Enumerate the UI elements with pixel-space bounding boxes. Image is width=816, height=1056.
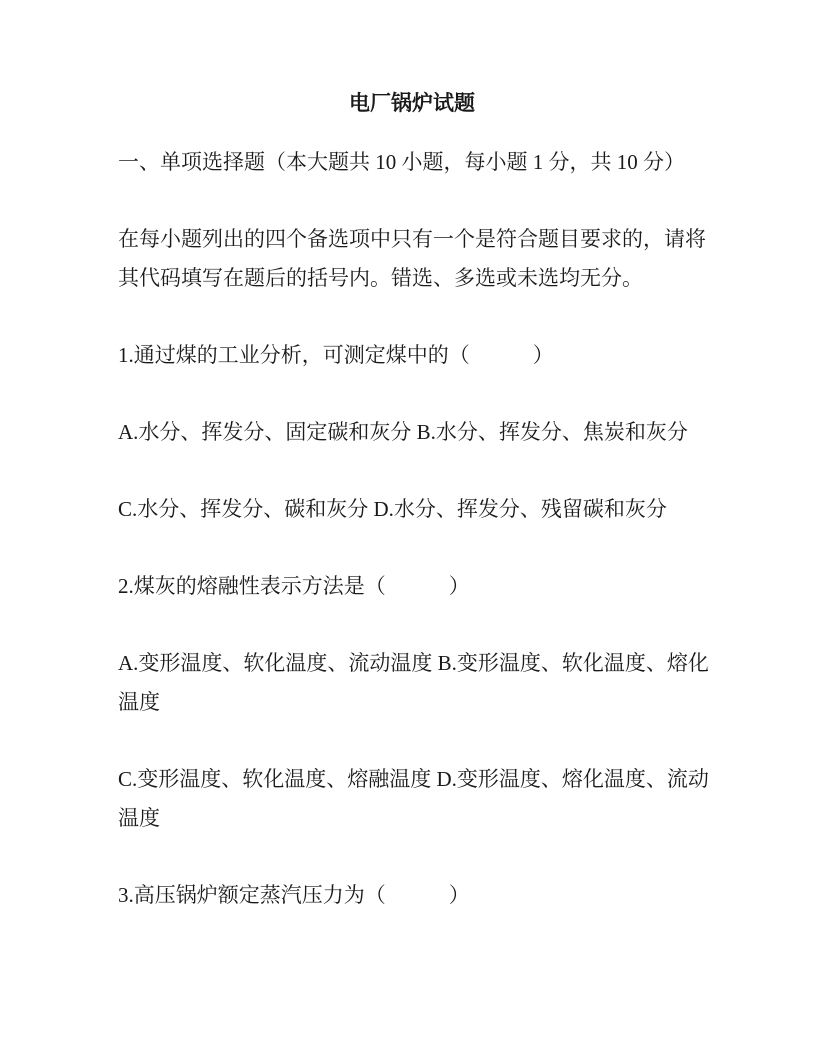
question-2-options-cd-line-1: C.变形温度、软化温度、熔融温度 D.变形温度、熔化温度、流动 [118,760,706,799]
question-1-options-ab: A.水分、挥发分、固定碳和灰分 B.水分、挥发分、焦炭和灰分 [118,413,706,452]
question-2-options-ab-line-1: A.变形温度、软化温度、流动温度 B.变形温度、软化温度、熔化 [118,644,706,683]
question-2-options-ab: A.变形温度、软化温度、流动温度 B.变形温度、软化温度、熔化 温度 [118,644,706,722]
instructions-paragraph: 在每小题列出的四个备选项中只有一个是符合题目要求的，请将 其代码填写在题后的括号… [118,220,706,298]
document-content: 电厂锅炉试题 一、单项选择题（本大题共 10 小题，每小题 1 分，共 10 分… [0,0,816,915]
document-title: 电厂锅炉试题 [118,84,706,123]
question-2-options-cd-line-2: 温度 [118,799,706,838]
question-3-stem: 3.高压锅炉额定蒸汽压力为（ ） [118,876,706,915]
instructions-line-2: 其代码填写在题后的括号内。错选、多选或未选均无分。 [118,259,706,298]
question-1-stem: 1.通过煤的工业分析，可测定煤中的（ ） [118,336,706,375]
document-page: 电厂锅炉试题 一、单项选择题（本大题共 10 小题，每小题 1 分，共 10 分… [0,0,816,1056]
section-heading: 一、单项选择题（本大题共 10 小题，每小题 1 分，共 10 分） [118,143,706,182]
question-2-options-ab-line-2: 温度 [118,683,706,722]
question-2-stem: 2.煤灰的熔融性表示方法是（ ） [118,567,706,606]
instructions-line-1: 在每小题列出的四个备选项中只有一个是符合题目要求的，请将 [118,220,706,259]
question-1-options-cd: C.水分、挥发分、碳和灰分 D.水分、挥发分、残留碳和灰分 [118,490,706,529]
question-2-options-cd: C.变形温度、软化温度、熔融温度 D.变形温度、熔化温度、流动 温度 [118,760,706,838]
